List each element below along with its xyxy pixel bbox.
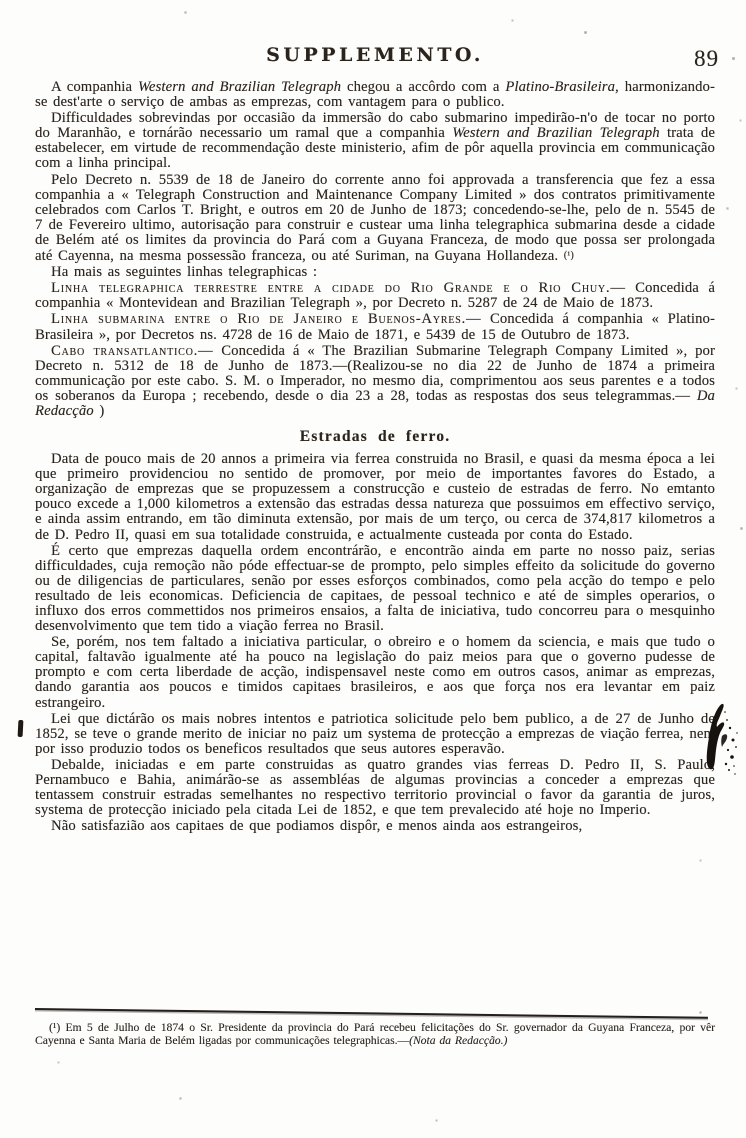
text-segment: A companhia [51, 79, 138, 95]
paragraph: Pelo Decreto n. 5539 de 18 de Janeiro do… [35, 173, 715, 265]
masthead: SUPPLEMENTO. 89 [35, 44, 715, 74]
text-segment: Ha mais as seguintes linhas telegraphica… [51, 264, 317, 280]
footnote-area: (¹) Em 5 de Julho de 1874 o Sr. Presiden… [35, 1008, 715, 1048]
telegraph-line-entry: Linha submarina entre o Rio de Janeiro e… [35, 312, 715, 342]
company-name-italic: Platino-Brasileira [505, 79, 615, 95]
paragraph: Não satisfazião aos capitaes de que podi… [35, 819, 715, 834]
paragraph: É certo que emprezas daquella ordem enco… [35, 544, 715, 635]
smallcaps-lead: Linha submarina entre o Rio de Janeiro e… [51, 311, 481, 327]
text-segment: Lei que dictárão os mais nobres intentos… [35, 711, 715, 757]
text-segment: Data de pouco mais de 20 annos a primeir… [35, 451, 715, 542]
smallcaps-lead: Linha telegraphica terrestre entre a cid… [51, 280, 626, 296]
text-segment: ) [94, 403, 105, 419]
paragraph: A companhia Western and Brazilian Telegr… [35, 80, 715, 110]
text-segment: É certo que emprezas daquella ordem enco… [35, 543, 715, 634]
scanned-document-page: SUPPLEMENTO. 89 A companhia Western and … [0, 0, 746, 1138]
paragraph: Difficuldades sobrevindas por occasião d… [35, 111, 715, 171]
ink-blot [692, 700, 746, 792]
paragraph: Ha mais as seguintes linhas telegraphica… [35, 265, 715, 280]
text-segment: Pelo Decreto n. 5539 de 18 de Janeiro do… [35, 172, 715, 264]
telegraph-line-entry: Cabo transatlantico.— Concedida á « The … [35, 344, 715, 419]
page-number: 89 [694, 46, 719, 72]
text-segment: Não satisfazião aos capitaes de que podi… [51, 818, 582, 834]
paragraph: Lei que dictárão os mais nobres intentos… [35, 712, 715, 757]
page-title: SUPPLEMENTO. [35, 44, 715, 66]
scan-noise [0, 0, 1, 1]
footnote-reference: (¹) [564, 250, 574, 261]
text-segment: (¹) Em 5 de Julho de 1874 o Sr. Presiden… [35, 1021, 715, 1047]
company-name-italic: Western and Brazilian Telegraph [452, 125, 659, 141]
paragraph: Se, porém, nos tem faltado a iniciativa … [35, 635, 715, 710]
company-name-italic: Western and Brazilian Telegraph [138, 79, 341, 95]
text-segment: chegou a accôrdo com a [341, 79, 505, 95]
page-content: SUPPLEMENTO. 89 A companhia Western and … [35, 44, 715, 834]
smallcaps-lead: Cabo transatlantico.— [51, 343, 213, 359]
paragraph: Debalde, iniciadas e em parte construida… [35, 758, 715, 818]
section-heading: Estradas de ferro. [35, 428, 715, 446]
footnote: (¹) Em 5 de Julho de 1874 o Sr. Presiden… [35, 1021, 715, 1048]
margin-ink-mark [18, 720, 24, 737]
footnote-divider [35, 1008, 708, 1019]
telegraph-line-entry: Linha telegraphica terrestre entre a cid… [35, 281, 715, 311]
paragraph: Data de pouco mais de 20 annos a primeir… [35, 452, 715, 543]
text-segment: Se, porém, nos tem faltado a iniciativa … [35, 634, 715, 710]
text-segment: Debalde, iniciadas e em parte construida… [35, 757, 715, 818]
footnote-credit-italic: (Nota da Redacção.) [409, 1034, 507, 1047]
